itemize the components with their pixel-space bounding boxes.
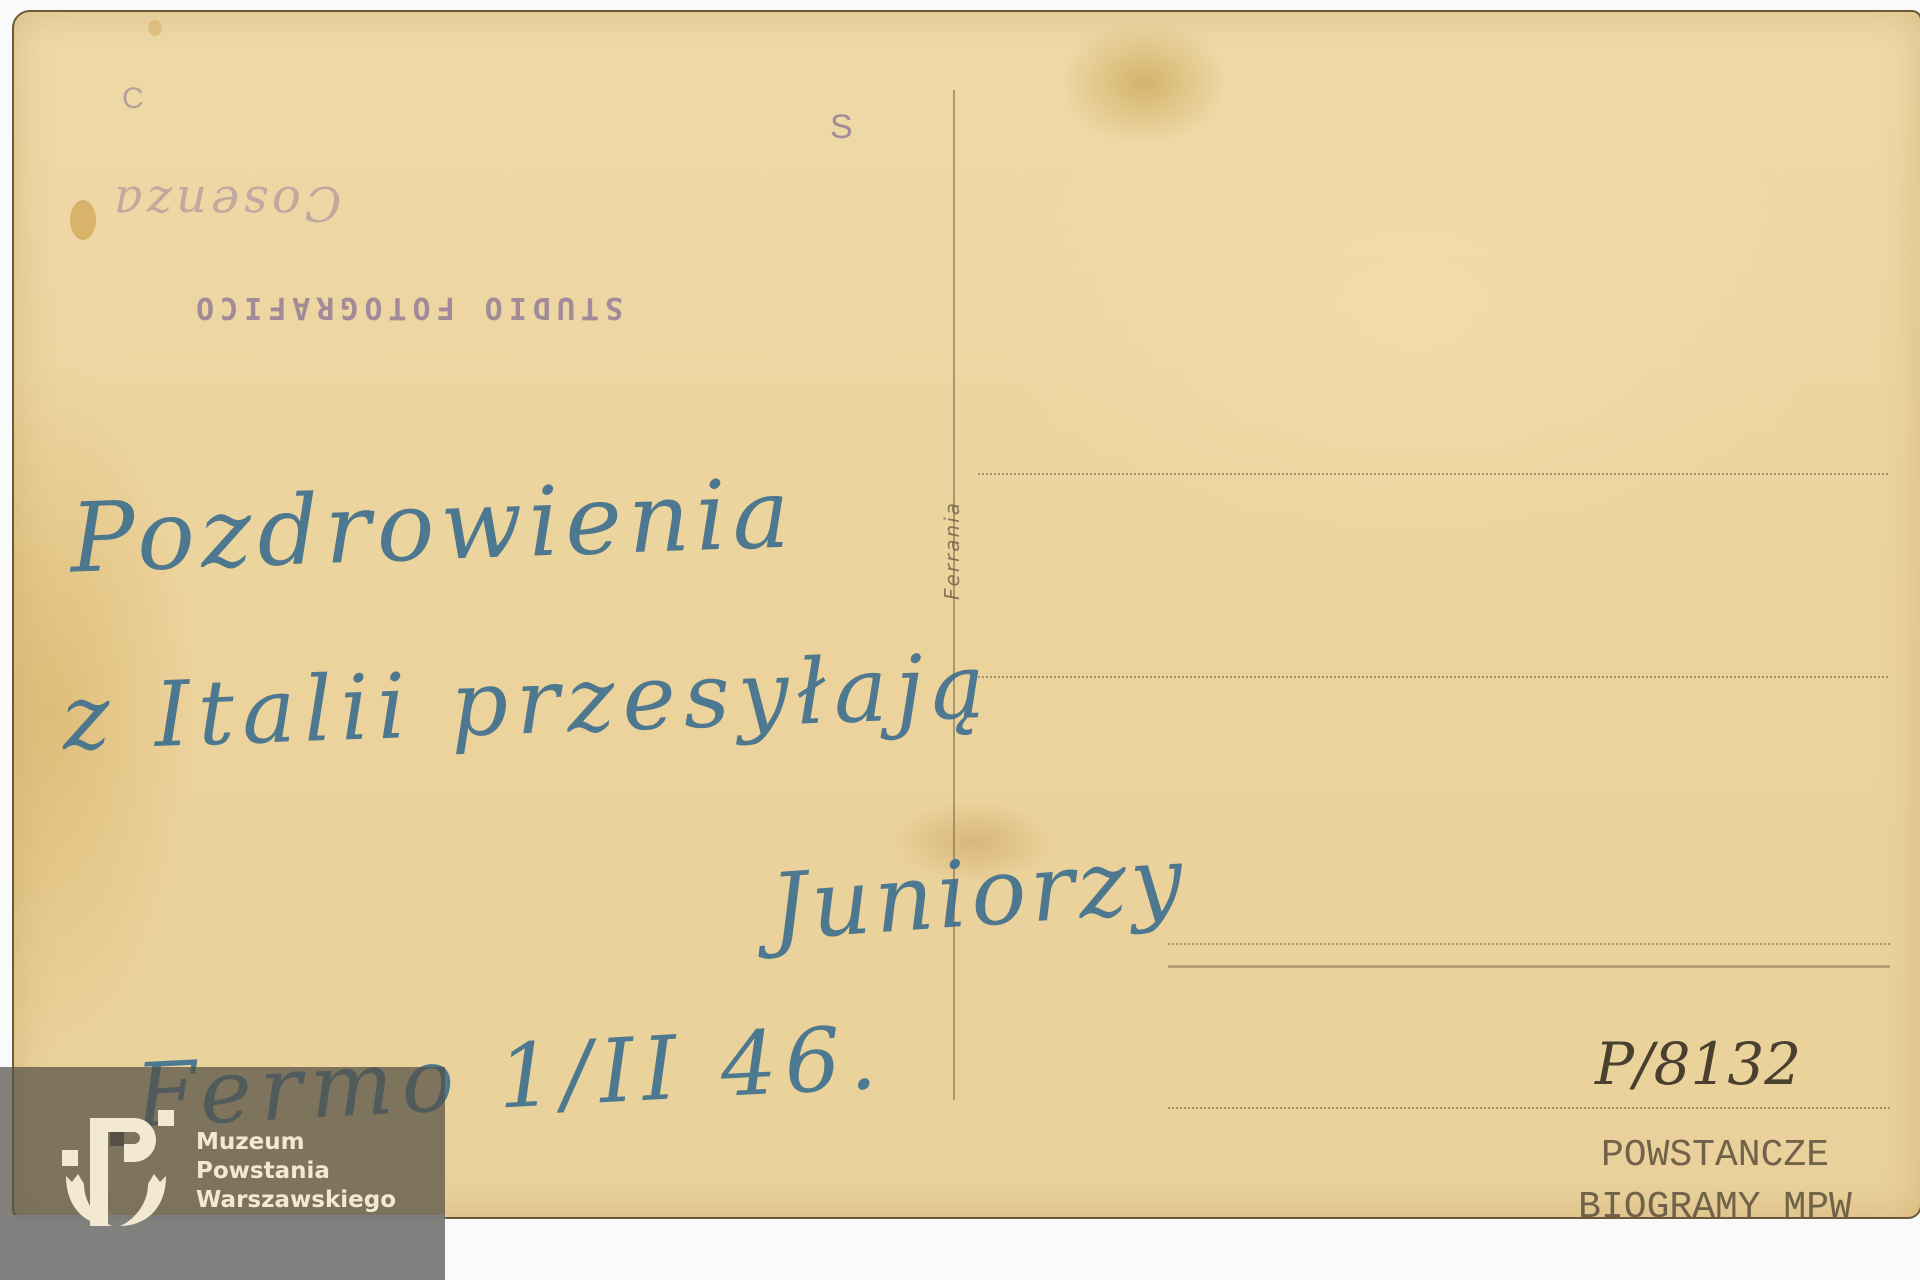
address-line-3-underline [1168,965,1890,968]
kotwica-anchor-icon [60,1110,180,1230]
address-line-4 [1168,1107,1890,1109]
museum-name-line-3: Warszawskiego [196,1186,396,1215]
museum-name-line-1: Muzeum [196,1128,396,1157]
stamp-studio-fotografico: STUDIO FOTOGRAFICO [190,290,623,325]
stamp-script-text: Cosenza [110,175,341,231]
stain [70,200,96,240]
museum-name-line-2: Powstania [196,1157,396,1186]
stamp-letter-c: C [122,82,144,116]
stain [148,20,162,36]
watermark-line-2: BIOGRAMY MPW [1530,1182,1900,1234]
stamp-letter-s: S [830,108,853,147]
museum-name: Muzeum Powstania Warszawskiego [196,1128,396,1215]
watermark-line-1: POWSTANCZE [1530,1130,1900,1182]
address-line-3 [1168,943,1890,945]
address-line-2 [978,676,1888,678]
watermark-powstancze-biogramy: POWSTANCZE BIOGRAMY MPW [1530,1130,1900,1234]
address-line-1 [978,473,1888,475]
printed-brand-ferrania: Ferrania [940,501,964,600]
archive-number: P/8132 [1595,1030,1801,1098]
